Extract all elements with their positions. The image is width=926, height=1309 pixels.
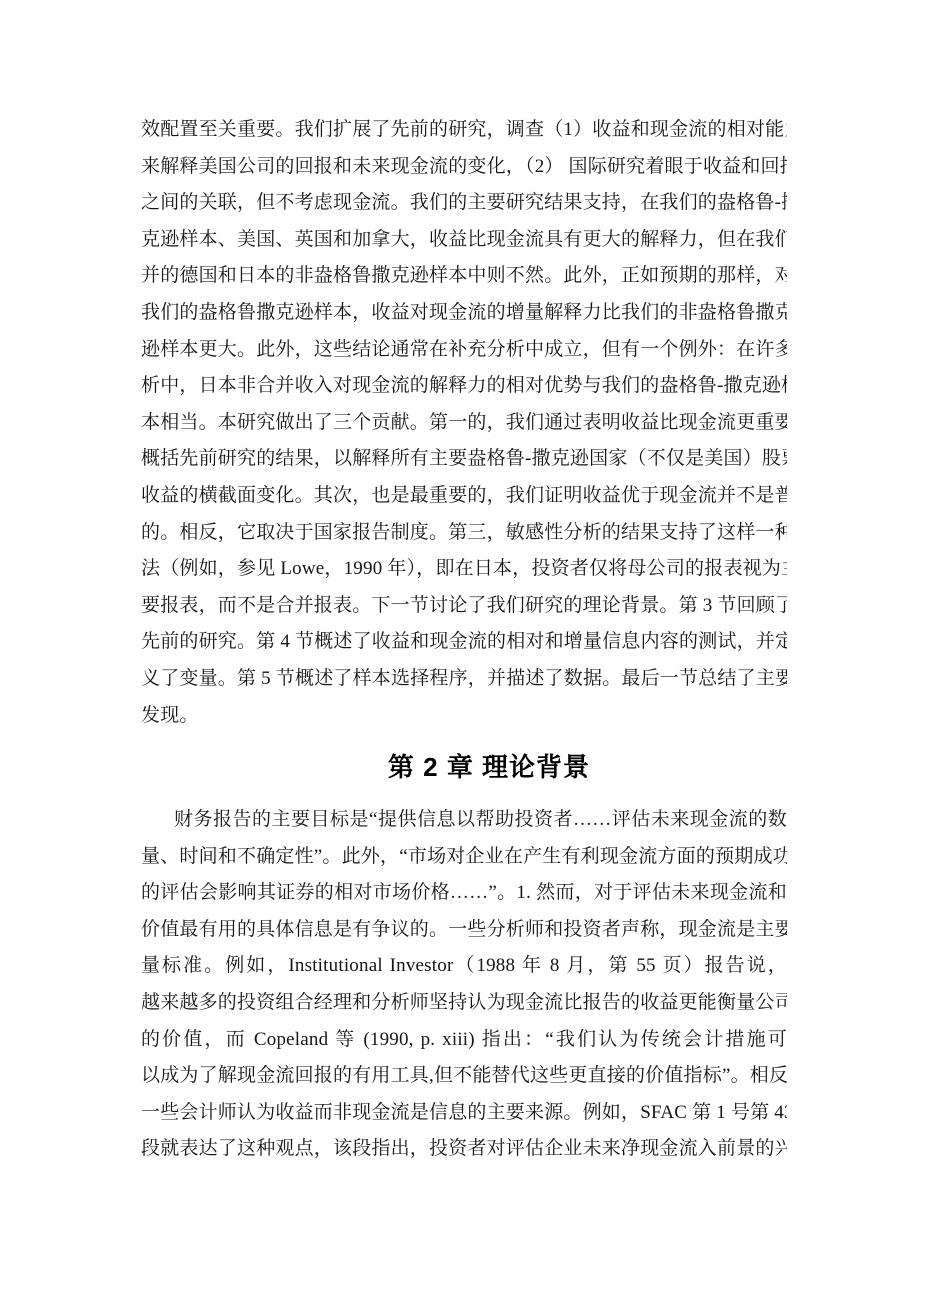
text-line: 析中，日本非合并收入对现金流的解释力的相对优势与我们的盎格鲁-撒克逊样 — [141, 368, 787, 405]
text-line: 价值最有用的具体信息是有争议的。一些分析师和投资者声称，现金流是主要衡 — [141, 912, 787, 949]
document-page: 效配置至关重要。我们扩展了先前的研究，调查（1）收益和现金流的相对能力 来解释美… — [0, 0, 926, 1309]
text-line: 段就表达了这种观点，该段指出，投资者对评估企业未来净现金流入前景的兴趣 — [141, 1131, 787, 1168]
text-line: 量、时间和不确定性”。此外，“市场对企业在产生有利现金流方面的预期成功 — [141, 839, 787, 876]
text-line: 收益的横截面变化。其次，也是最重要的，我们证明收益优于现金流并不是普遍 — [141, 478, 787, 515]
text-line: 财务报告的主要目标是“提供信息以帮助投资者……评估未来现金流的数 — [141, 802, 787, 839]
text-content: 效配置至关重要。我们扩展了先前的研究，调查（1）收益和现金流的相对能力 来解释美… — [141, 112, 787, 1168]
text-line: 越来越多的投资组合经理和分析师坚持认为现金流比报告的收益更能衡量公司 — [141, 985, 787, 1022]
text-line: 的。相反，它取决于国家报告制度。第三，敏感性分析的结果支持了这样一种说 — [141, 515, 787, 552]
text-line: 先前的研究。第 4 节概述了收益和现金流的相对和增量信息内容的测试，并定 — [141, 624, 787, 661]
text-line: 概括先前研究的结果，以解释所有主要盎格鲁-撒克逊国家（不仅是美国）股票 — [141, 441, 787, 478]
text-line: 的评估会影响其证券的相对市场价格……”。1. 然而，对于评估未来现金流和 — [141, 875, 787, 912]
text-line: 义了变量。第 5 节概述了样本选择程序，并描述了数据。最后一节总结了主要 — [141, 661, 787, 698]
text-line: 克逊样本、美国、英国和加拿大，收益比现金流具有更大的解释力，但在我们合 — [141, 222, 787, 259]
text-line: 之间的关联，但不考虑现金流。我们的主要研究结果支持，在我们的盎格鲁-撒 — [141, 185, 787, 222]
text-line: 量标准。例如，Institutional Investor（1988 年 8 月… — [141, 948, 787, 985]
chapter-heading: 第 2 章 理论背景 — [166, 745, 812, 789]
text-line: 效配置至关重要。我们扩展了先前的研究，调查（1）收益和现金流的相对能力 — [141, 112, 787, 149]
text-line: 以成为了解现金流回报的有用工具,但不能替代这些更直接的价值指标”。相反， — [141, 1058, 787, 1095]
paragraph-intro: 效配置至关重要。我们扩展了先前的研究，调查（1）收益和现金流的相对能力 来解释美… — [141, 112, 787, 734]
text-line: 本相当。本研究做出了三个贡献。第一的，我们通过表明收益比现金流更重要来 — [141, 405, 787, 442]
text-line: 并的德国和日本的非盎格鲁撒克逊样本中则不然。此外，正如预期的那样，对于 — [141, 258, 787, 295]
paragraph-theory-background: 财务报告的主要目标是“提供信息以帮助投资者……评估未来现金流的数 量、时间和不确… — [141, 802, 787, 1168]
text-line: 我们的盎格鲁撒克逊样本，收益对现金流的增量解释力比我们的非盎格鲁撒克 — [141, 295, 787, 332]
text-line: 逊样本更大。此外，这些结论通常在补充分析中成立，但有一个例外：在许多分 — [141, 332, 787, 369]
text-line: 来解释美国公司的回报和未来现金流的变化，（2） 国际研究着眼于收益和回报 — [141, 149, 787, 186]
text-line: 的价值，而 Copeland 等 (1990, p. xiii) 指出：“我们认… — [141, 1022, 787, 1059]
text-line: 法（例如，参见 Lowe，1990 年），即在日本，投资者仅将母公司的报表视为主 — [141, 551, 787, 588]
text-line: 要报表，而不是合并报表。下一节讨论了我们研究的理论背景。第 3 节回顾了 — [141, 588, 787, 625]
text-line: 发现。 — [141, 698, 787, 735]
text-line: 一些会计师认为收益而非现金流是信息的主要来源。例如，SFAC 第 1 号第 43 — [141, 1095, 787, 1132]
